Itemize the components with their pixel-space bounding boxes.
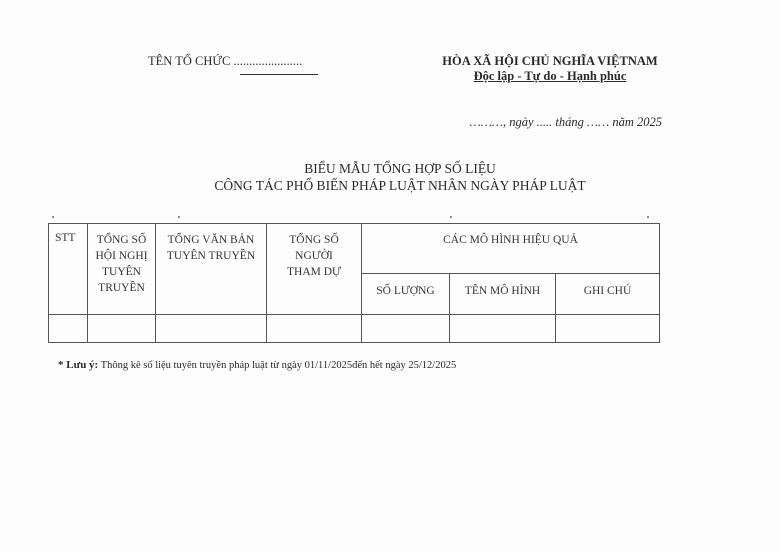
footnote-label: * Lưu ý: bbox=[58, 359, 98, 371]
footnote-text: Thông kê số liệu tuyên truyền pháp luật … bbox=[98, 360, 456, 371]
title-line-2: CÔNG TÁC PHỔ BIẾN PHÁP LUẬT NHÂN NGÀY PH… bbox=[0, 177, 780, 194]
cell-quantity[interactable] bbox=[362, 315, 450, 343]
scan-speck bbox=[178, 216, 180, 218]
header-documents: TỔNG VĂN BẢN TUYÊN TRUYỀN bbox=[156, 224, 267, 315]
table-row bbox=[49, 315, 660, 343]
header-notes: GHI CHÚ bbox=[556, 274, 660, 315]
scan-speck bbox=[647, 216, 649, 218]
header-conferences: TỔNG SỐ HỘI NGHỊ TUYÊN TRUYỀN bbox=[88, 224, 156, 315]
header-effective-models: CÁC MÔ HÌNH HIỆU QUẢ bbox=[362, 224, 660, 274]
nation-name: HÒA XÃ HỘI CHỦ NGHĨA VIỆTNAM bbox=[430, 54, 670, 69]
title-line-1: BIỂU MẪU TỔNG HỢP SỐ LIỆU bbox=[0, 160, 780, 177]
cell-participants[interactable] bbox=[267, 315, 362, 343]
header-stt: STT bbox=[49, 224, 88, 315]
summary-form-table: STT TỔNG SỐ HỘI NGHỊ TUYÊN TRUYỀN TỔNG V… bbox=[48, 223, 660, 343]
cell-documents[interactable] bbox=[156, 315, 267, 343]
header-quantity: SỐ LƯỢNG bbox=[362, 274, 450, 315]
motto-text: Độc lập - Tự do - Hạnh phúc bbox=[474, 69, 627, 84]
scan-speck bbox=[52, 216, 54, 218]
header-participants: TỔNG SỐ NGƯỜI THAM DỰ bbox=[267, 224, 362, 315]
document-title: BIỂU MẪU TỔNG HỢP SỐ LIỆU CÔNG TÁC PHỔ B… bbox=[0, 160, 780, 194]
organization-name-label: TÊN TỔ CHỨC ...................... bbox=[148, 54, 302, 69]
table-header-row: STT TỔNG SỐ HỘI NGHỊ TUYÊN TRUYỀN TỔNG V… bbox=[49, 224, 660, 274]
scan-speck bbox=[450, 216, 452, 218]
cell-conferences[interactable] bbox=[88, 315, 156, 343]
cell-model-name[interactable] bbox=[450, 315, 556, 343]
national-motto: HÒA XÃ HỘI CHỦ NGHĨA VIỆTNAM Độc lập - T… bbox=[430, 54, 670, 84]
organization-underline bbox=[240, 74, 318, 75]
cell-stt[interactable] bbox=[49, 315, 88, 343]
cell-notes[interactable] bbox=[556, 315, 660, 343]
header-model-name: TÊN MÔ HÌNH bbox=[450, 274, 556, 315]
date-line: ………, ngày ..... tháng …… năm 2025 bbox=[440, 115, 662, 130]
footnote: * Lưu ý: Thông kê số liệu tuyên truyền p… bbox=[58, 359, 456, 371]
